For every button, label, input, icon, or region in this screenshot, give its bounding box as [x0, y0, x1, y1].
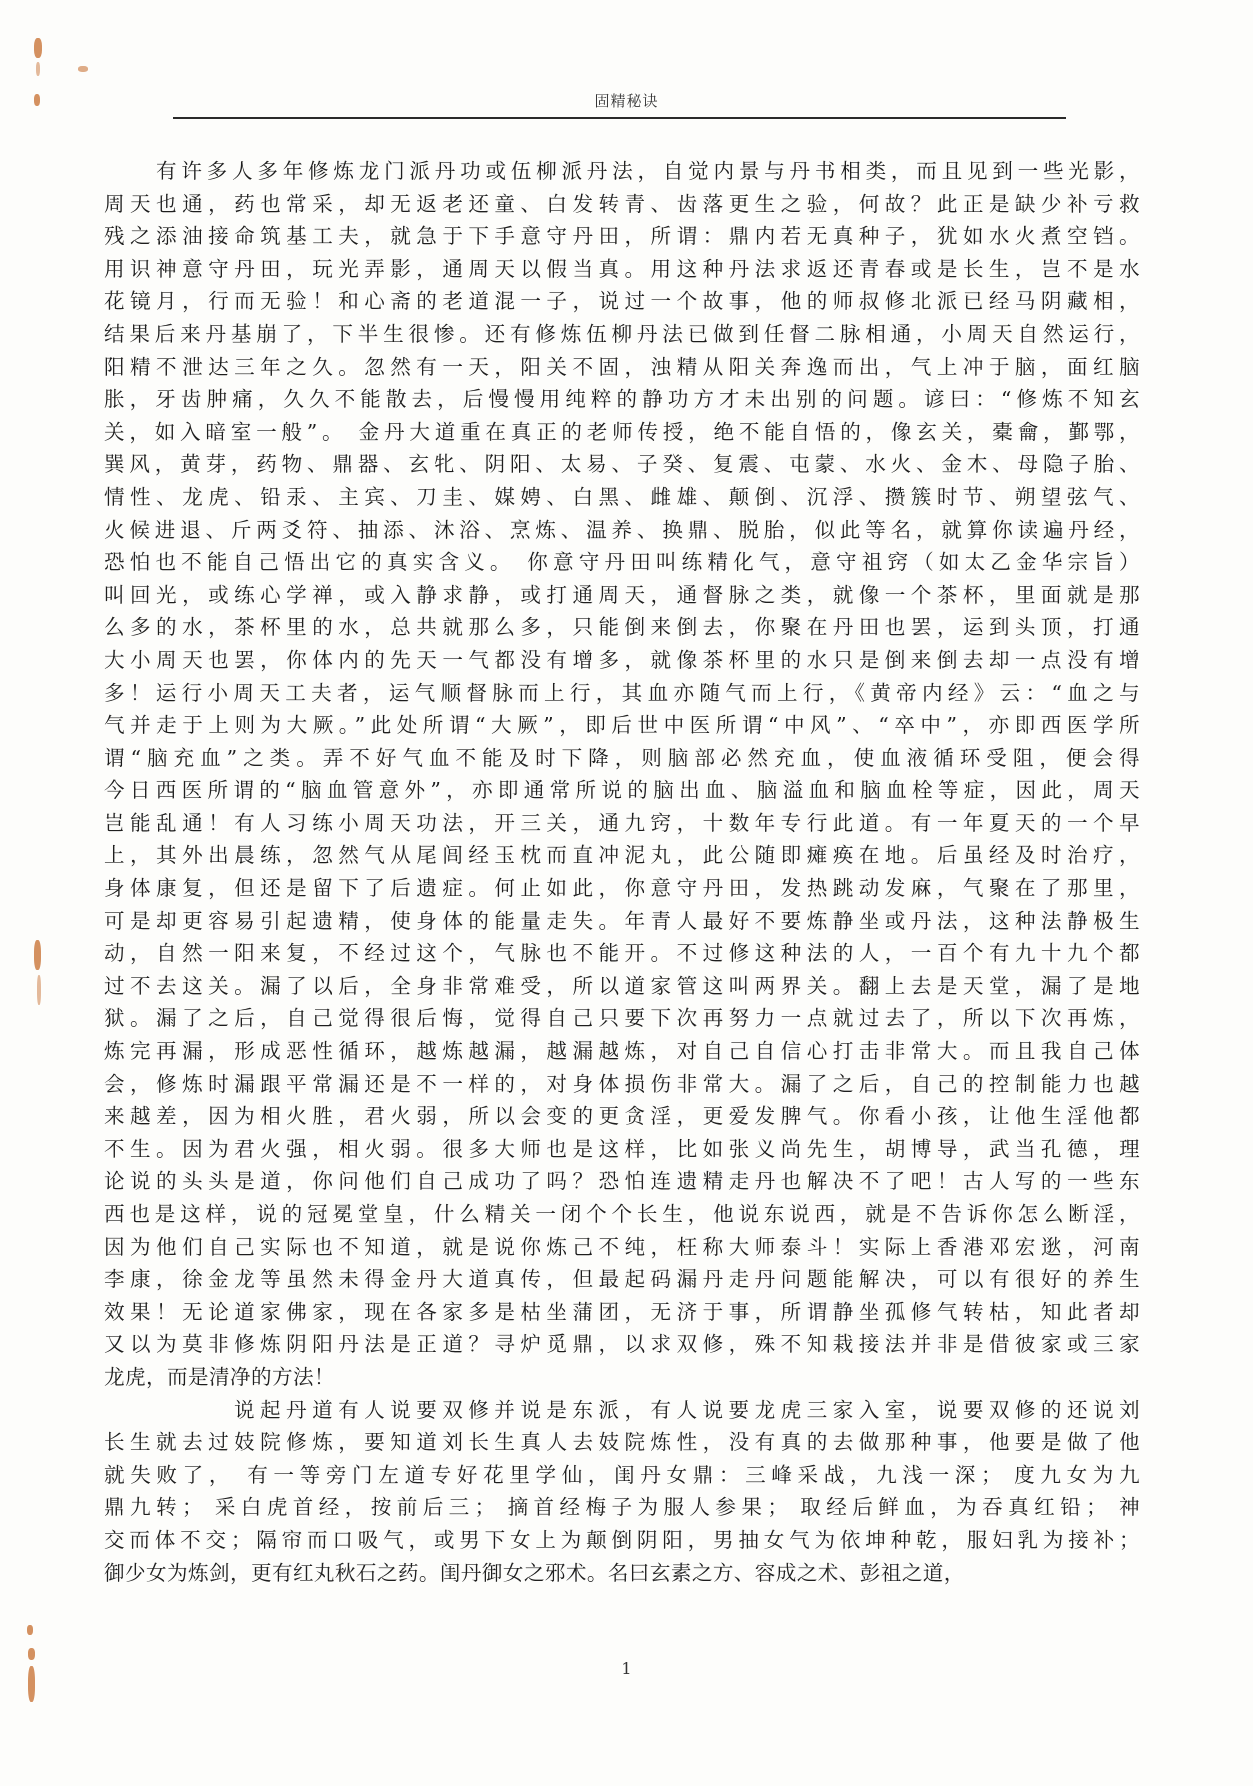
body-text: 有许多人多年修炼龙门派丹功或伍柳派丹法，自觉内景与丹书相类，而且见到一些光影，周…	[104, 155, 1140, 1589]
rust-stain	[34, 38, 42, 58]
page-number: 1	[0, 1659, 1253, 1678]
text-line: 残之添油接命筑基工夫，就急于下手意守丹田，所谓：鼎内若无真种子，犹如水火煮空铛。	[104, 220, 1140, 253]
text-line: 效果！无论道家佛家，现在各家多是枯坐蒲团，无济于事，所谓静坐孤修气转枯，知此者却	[104, 1296, 1140, 1329]
text-line: 用识神意守丹田，玩光弄影，通周天以假当真。用这种丹法求返还青春或是长生，岂不是水	[104, 253, 1140, 286]
text-line: 李康，徐金龙等虽然未得金丹大道真传，但最起码漏丹走丹问题能解决，可以有很好的养生	[104, 1263, 1140, 1296]
text-line: 大小周天也罢，你体内的先天一气都没有增多，就像茶杯里的水只是倒来倒去却一点没有增	[104, 644, 1140, 677]
text-line: 鼎九转； 采白虎首经，按前后三； 摘首经梅子为服人参果； 取经后鲜血，为吞真红铅…	[104, 1491, 1140, 1524]
text-line: 来越差，因为相火胜，君火弱，所以会变的更贪淫，更爱发脾气。你看小孩，让他生淫他都	[104, 1100, 1140, 1133]
rust-stain	[34, 940, 41, 970]
text-line: 狱。漏了之后，自己觉得很后悔，觉得自己只要下次再努力一点就过去了，所以下次再炼，	[104, 1002, 1140, 1035]
text-line: 西也是这样，说的冠冕堂皇，什么精关一闭个个长生，他说东说西，就是不告诉你怎么断淫…	[104, 1198, 1140, 1231]
text-line: 结果后来丹基崩了，下半生很惨。还有修炼伍柳丹法已做到任督二脉相通，小周天自然运行…	[104, 318, 1140, 351]
text-line: 过不去这关。漏了以后，全身非常难受，所以道家管这叫两界关。翻上去是天堂，漏了是地	[104, 970, 1140, 1003]
text-line: 不生。因为君火强，相火弱。很多大师也是这样，比如张义尚先生，胡博导，武当孔德，理	[104, 1133, 1140, 1166]
running-header: 固精秘诀	[0, 90, 1253, 111]
text-line: 说起丹道有人说要双修并说是东派，有人说要龙虎三家入室，说要双修的还说刘	[104, 1394, 1140, 1427]
text-line: 论说的头头是道，你问他们自己成功了吗？恐怕连遗精走丹也解决不了吧！古人写的一些东	[104, 1165, 1140, 1198]
paragraph: 说起丹道有人说要双修并说是东派，有人说要龙虎三家入室，说要双修的还说刘长生就去过…	[104, 1394, 1140, 1590]
rust-stain	[37, 975, 41, 1005]
text-line: 花镜月，行而无验！和心斋的老道混一子，说过一个故事，他的师叔修北派已经马阴藏相，	[104, 285, 1140, 318]
paragraph: 有许多人多年修炼龙门派丹功或伍柳派丹法，自觉内景与丹书相类，而且见到一些光影，周…	[104, 155, 1140, 1394]
text-line: 叫回光，或练心学禅，或入静求静，或打通周天，通督脉之类，就像一个茶杯，里面就是那	[104, 579, 1140, 612]
text-line: 胀，牙齿肿痛，久久不能散去，后慢慢用纯粹的静功方才未出别的问题。谚曰：“修炼不知…	[104, 383, 1140, 416]
text-line: 有许多人多年修炼龙门派丹功或伍柳派丹法，自觉内景与丹书相类，而且见到一些光影，	[104, 155, 1140, 188]
text-line: 岂能乱通！有人习练小周天功法，开三关，通九窍，十数年专行此道。有一年夏天的一个早	[104, 807, 1140, 840]
text-line: 长生就去过妓院修炼，要知道刘长生真人去妓院炼性，没有真的去做那种事，他要是做了他	[104, 1426, 1140, 1459]
text-line: 上，其外出晨练，忽然气从尾闾经玉枕而直冲泥丸，此公随即瘫痪在地。后虽经及时治疗，	[104, 839, 1140, 872]
text-line: 龙虎，而是清净的方法！	[104, 1361, 1140, 1394]
text-line: 因为他们自己实际也不知道，就是说你炼己不纯，枉称大师泰斗！实际上香港邓宏逖，河南	[104, 1231, 1140, 1264]
text-line: 情性、龙虎、铅汞、主宾、刀圭、媒娉、白黑、雌雄、颠倒、沉浮、攒簇时节、朔望弦气、	[104, 481, 1140, 514]
text-line: 气并走于上则为大厥。”此处所谓“大厥”，即后世中医所谓“中风”、“卒中”，亦即西…	[104, 709, 1140, 742]
rust-stain	[36, 62, 40, 76]
text-line: 么多的水，茶杯里的水，总共就那么多，只能倒来倒去，你聚在丹田也罢，运到头顶，打通	[104, 611, 1140, 644]
text-line: 又以为莫非修炼阴阳丹法是正道？寻炉觅鼎，以求双修，殊不知栽接法并非是借彼家或三家	[104, 1328, 1140, 1361]
text-line: 恐怕也不能自己悟出它的真实含义。 你意守丹田叫练精化气，意守祖窍（如太乙金华宗旨…	[104, 546, 1140, 579]
text-line: 可是却更容易引起遗精，使身体的能量走失。年青人最好不要炼静坐或丹法，这种法静极生	[104, 905, 1140, 938]
text-line: 动，自然一阳来复，不经过这个，气脉也不能开。不过修这种法的人，一百个有九十九个都	[104, 937, 1140, 970]
header-rule	[173, 117, 1066, 119]
text-line: 御少女为炼剑，更有红丸秋石之药。闺丹御女之邪术。名曰玄素之方、容成之术、彭祖之道…	[104, 1557, 1140, 1590]
text-line: 今日西医所谓的“脑血管意外”，亦即通常所说的脑出血、脑溢血和脑血栓等症，因此，周…	[104, 774, 1140, 807]
text-line: 身体康复，但还是留下了后遗症。何止如此，你意守丹田，发热跳动发麻，气聚在了那里，	[104, 872, 1140, 905]
text-line: 周天也通，药也常采，却无返老还童、白发转青、齿落更生之验，何故？此正是缺少补亏救	[104, 188, 1140, 221]
text-line: 交而体不交；隔帘而口吸气，或男下女上为颠倒阴阳，男抽女气为依坤种乾，服妇乳为接补…	[104, 1524, 1140, 1557]
text-line: 火候进退、斤两爻符、抽添、沐浴、烹炼、温养、换鼎、脱胎，似此等名，就算你读遍丹经…	[104, 514, 1140, 547]
text-line: 就失败了， 有一等旁门左道专好花里学仙，闺丹女鼎：三峰采战，九浅一深； 度九女为…	[104, 1459, 1140, 1492]
text-line: 会，修炼时漏跟平常漏还是不一样的，对身体损伤非常大。漏了之后，自己的控制能力也越	[104, 1068, 1140, 1101]
text-line: 多！运行小周天工夫者，运气顺督脉而上行，其血亦随气而上行，《黄帝内经》云：“血之…	[104, 677, 1140, 710]
text-line: 炼完再漏，形成恶性循环，越炼越漏，越漏越炼，对自己自信心打击非常大。而且我自己体	[104, 1035, 1140, 1068]
rust-stain	[78, 66, 88, 72]
text-line: 巽风，黄芽，药物、鼎器、玄牝、阴阳、太易、子癸、复震、屯蒙、水火、金木、母隐子胎…	[104, 448, 1140, 481]
text-line: 阳精不泄达三年之久。忽然有一天，阳关不固，浊精从阳关奔逸而出，气上冲于脑，面红脑	[104, 351, 1140, 384]
text-line: 谓“脑充血”之类。弄不好气血不能及时下降，则脑部必然充血，使血液循环受阻，便会得	[104, 742, 1140, 775]
text-line: 关，如入暗室一般”。 金丹大道重在真正的老师传授，绝不能自悟的，像玄关，橐龠，鄞…	[104, 416, 1140, 449]
rust-stain	[27, 1625, 33, 1635]
